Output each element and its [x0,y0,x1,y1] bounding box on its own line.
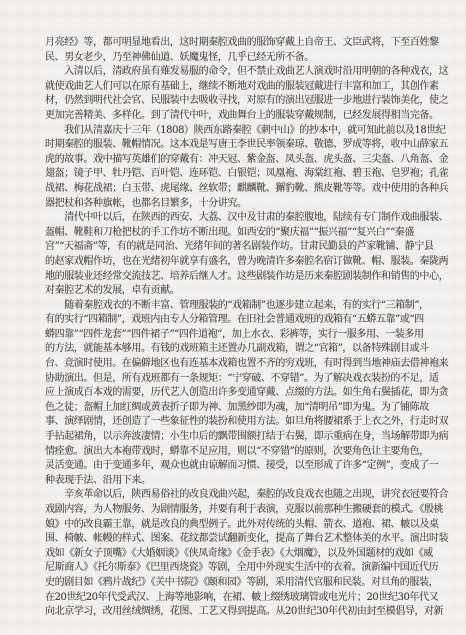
text-line: 史的剧目如《鸦片战纪》《关中书院》《颐和园》等剧，采用清代官服和民装。对旦角的服… [45,576,451,591]
text-line: 娘》中的改良霸王靠，就是改良的典型例子。此外对传统的头帽、箭衣、道袍、裙、帔以及… [45,518,451,533]
scanned-book-page: { "meta": { "kind": "scanned Chinese boo… [0,0,466,635]
text-line: 地的服装业还经常交流技艺、培养后继人才。这些剧装作坊是历来秦腔剧装制作和销售的中… [45,270,451,285]
text-line: 向北京学习，改用丝绒绸绣，花图、工艺又得到提高。从20世纪30年代初由封至模倡导… [45,605,451,620]
text-line: 翅盔；镜子甲、牡丹铠、百叶铠、连环铠、白银铠；凤凰袍、海棠红袍、碧玉袍、皂罗袍；… [45,167,451,182]
text-line: 围、椅帔、帐幔的样式、图案、花纹都尝试翻新变化，提高了舞台艺术整体美的水平。演出… [45,532,451,547]
text-line: 尼斯商人》《托尔斯泰》《巴里西烧瓷》等剧，全用中外现实生活中的衣着。演新编中国近… [45,561,451,576]
body-text-column: 月亮经》等，都可明显地看出，这时期秦腔戏曲的服饰穿戴上自帝王、文臣武将，下至百姓… [45,36,451,620]
text-line: 台、竞演时使用。在偏僻地区也有连基本戏箱也置不齐的穷戏班，有时得到当地神庙去借神… [45,357,451,372]
text-line: 就使戏曲艺人们可以在原有基础上，继续不断地对戏曲的服装冠戴进行丰富和加工，其创作… [45,80,451,95]
text-line: 我们从清嘉庆十三年（1808）陕西东路秦腔《刺中山》的抄本中，就可知此前以及18… [45,124,451,139]
text-line: 戏如《新女子顶嘴》《大婚姻谈》《侠凤奇缘》《金手表》《大烟魔》，以及外国题材的戏… [45,547,451,562]
text-line: 宫”“天福斋”等，有的就是同治、光绪年间的著名剧装作坊。甘肃民勤县的芦家靴铺、静… [45,240,451,255]
text-line: 协助演出。但是，所有戏班都有一条规矩：“宁穿破、不穿错”。为了解决戏衣装扮的不足… [45,372,451,387]
text-line: 材，仍然到明代社会官、民服装中去吸收寻找，对原有的演出冠服进一步地进行装饰美化，… [45,94,451,109]
text-line: 随着秦腔戏衣的不断丰富、管理服装的“戏箱制”也逐步建立起来，有的实行“三箱制”， [45,299,451,314]
text-line: 手拈起裙角，以示奔波凄情；小生巾后的飘带围额打结于右鬓，即示重病在身，当场解带即… [45,430,451,445]
text-line: 清代中叶以后，在陕西的西安、大荔、汉中及甘肃的秦腔腹地，陆续有专门制作戏曲服装、 [45,211,451,226]
text-line: 的方法，就能基本够用。有钱的戏班箱主还置办几副戏箱，谓之“官箱”，以备特殊剧目或… [45,342,451,357]
text-line: 应上演成百本戏的需要，历代艺人创造出许多变通穿戴、点缀的方法。如生角右鬓插花，即… [45,386,451,401]
text-line: 种表现手法、沿用下来。 [45,474,451,489]
text-line: 情痊愈。演出大本袍带戏时，蟒靠不足应用，则以“不穿错”的原则，次要角色让主要角色… [45,445,451,460]
text-line: 盔帽、靴鞋和刀枪把杖的手工作坊不断出现。如西安的“聚庆福”“振兴福”“复兴白”“… [45,226,451,241]
text-line: 时期秦腔的服装、靴帽情况。这本戏是写唐王李世民率领秦琼、敬德、罗成等将，收中山薛… [45,138,451,153]
text-line: 灵活变通。由于变通多年，观众也就由谅解而习惯、接受，以至形成了许多“定例”，变成… [45,459,451,474]
text-line: 入清以后，清政府虽有薙发易服的命令，但不禁止戏曲艺人演戏时沿用明朝的各种戏衣，这 [45,65,451,80]
text-line: 事、演绎剧情，还创造了一些象征性的装扮和使用方法。如旦角将腰裙系于上衣之外，行走… [45,415,451,430]
text-line: 的赵家戏帽作坊，也在光绪初年就享有盛名，曾为晚清许多秦腔名宿订做靴、帽、服装。秦… [45,255,451,270]
text-line: 对秦腔艺术的发展，卓有贡献。 [45,284,451,299]
text-line: 器把杖和各种旗帐，也都名目繁多，十分讲究。 [45,197,451,212]
text-line: 在20世纪20年代受武汉、上海等地影响，在裙、帔上缀绣玻璃管或电光片；20世纪3… [45,591,451,606]
text-line: 戏剧内容，为人物服务、为剧情服务，并要有利于表演，克服以前那种生搬硬套的模式。《… [45,503,451,518]
text-line: 蟒四靠”“四件龙套”“四件裙子”“四件道袍”，加上水衣、彩裤等，实行一服多用、一… [45,328,451,343]
text-line: 民、男女老少，乃至神佛仙道、妖魔鬼怪，几乎已经无所不备。 [45,51,451,66]
text-line: 战裙、梅花战裙；白玉带、虎尾缘、丝软带；麒麟靴、獬豹靴、熊皮靴等等。戏中使用的各… [45,182,451,197]
text-line: 虎的故事。戏中描写英雄们的穿戴有：冲天冠、紫金盔、凤头盔、虎头盔、三尖盔、八角盔… [45,153,451,168]
text-line: 辛亥革命以后，陕西易俗社的改良戏曲兴起，秦腔的改良戏衣也随之出现，讲究衣冠要符合 [45,488,451,503]
text-line: 色之徒；盔帽上加红绸或黄表折子即为神、加黑纱即为魂，加“清明吊”即为鬼。为了铺陈… [45,401,451,416]
text-line: 月亮经》等，都可明显地看出，这时期秦腔戏曲的服饰穿戴上自帝王、文臣武将，下至百姓… [45,36,451,51]
text-line: 更加完善精美、多样化。到了清代中叶，戏曲舞台上的服装穿戴规制，已经发展得相当完备… [45,109,451,124]
text-line: 有的实行“四箱制”，戏班内由专人分箱管理。在旧社会普通戏班的戏箱有“五蟒五靠”或… [45,313,451,328]
